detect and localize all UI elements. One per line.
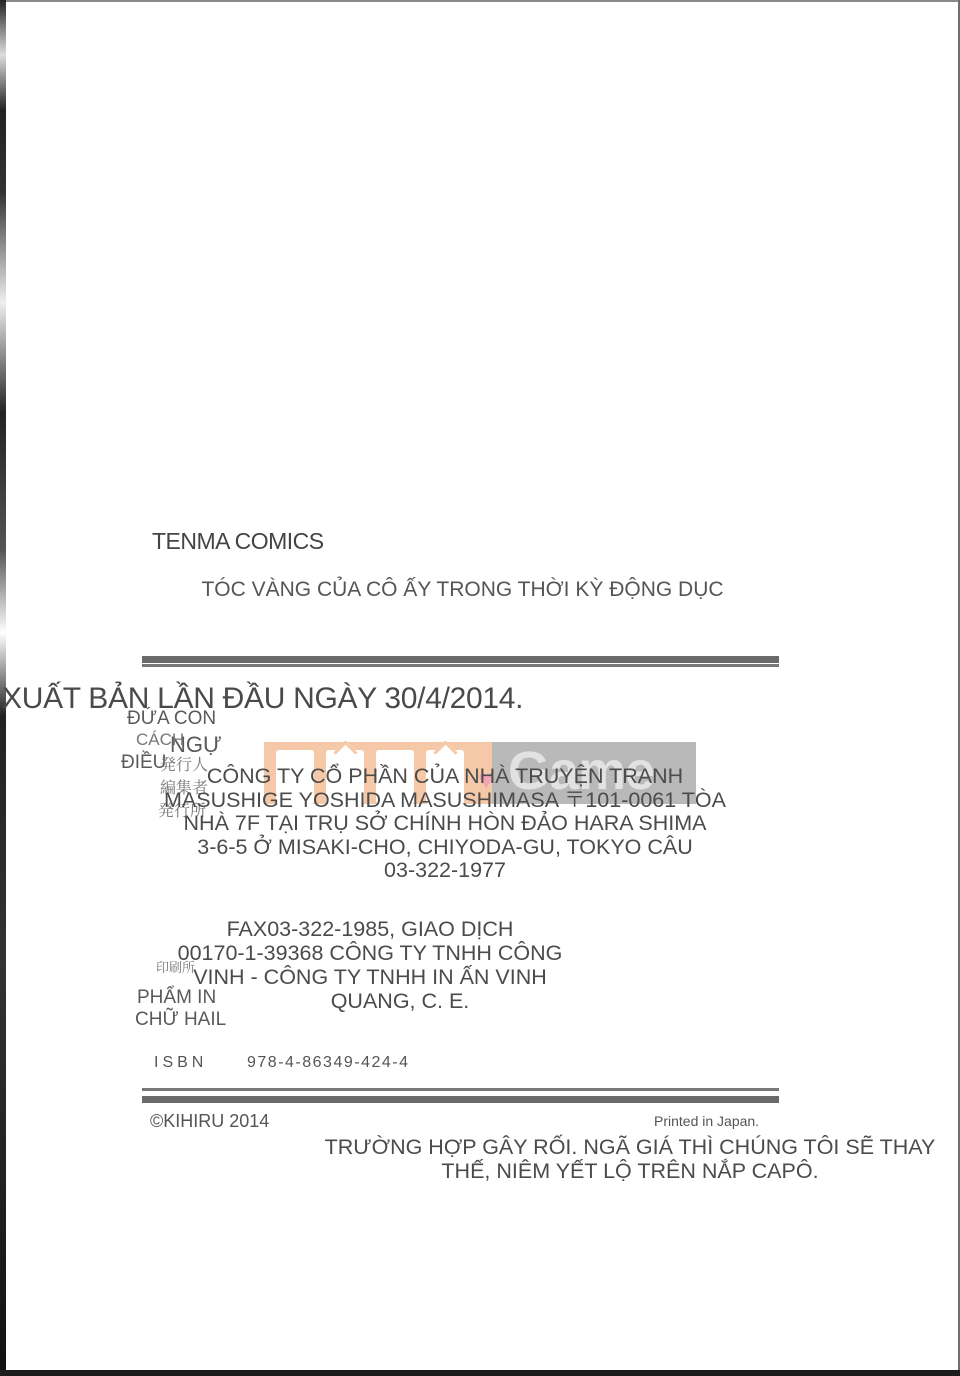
- fax-line: FAX03-322-1985, GIAO DỊCH: [130, 917, 610, 941]
- page-edge-bottom: [0, 1370, 960, 1376]
- copyright: ©KIHIRU 2014: [150, 1112, 269, 1130]
- series-name: TENMA COMICS: [152, 530, 324, 553]
- label-title: CÁCH: [136, 731, 184, 748]
- address-line: 3-6-5 Ở MISAKI-CHO, CHIYODA-GU, TOKYO CÂ…: [120, 836, 770, 860]
- fax-line: QUANG, C. E.: [130, 989, 610, 1013]
- fax-and-printer: FAX03-322-1985, GIAO DỊCH 00170-1-39368 …: [130, 917, 610, 1013]
- publisher-address: CÔNG TY CỔ PHẦN CỦA NHÀ TRUYỆN TRANH MAS…: [120, 765, 770, 883]
- divider-bottom-thin: [142, 1088, 779, 1091]
- phone-number: 03-322-1977: [120, 859, 770, 883]
- fax-line: 00170-1-39368 CÔNG TY TNHH CÔNG: [130, 941, 610, 965]
- isbn-value: 978-4-86349-424-4: [247, 1055, 410, 1071]
- isbn-label: ISBN: [154, 1055, 207, 1071]
- address-line: NHÀ 7F TẠI TRỤ SỞ CHÍNH HÒN ĐẢO HARA SHI…: [120, 812, 770, 836]
- label-author: ĐỨA CON: [127, 709, 216, 728]
- address-line: CÔNG TY CỔ PHẦN CỦA NHÀ TRUYỆN TRANH: [120, 765, 770, 789]
- first-edition-date: XUẤT BẢN LẦN ĐẦU NGÀY 30/4/2014.: [2, 684, 523, 714]
- address-line: MASUSHIGE YOSHIDA MASUSHIMASA 〒101-0061 …: [120, 789, 770, 813]
- fax-line: VINH - CÔNG TY TNHH IN ẤN VINH: [130, 965, 610, 989]
- replacement-notice: TRƯỜNG HỢP GÂY RỐI. NGÃ GIÁ THÌ CHÚNG TÔ…: [300, 1135, 960, 1183]
- divider-bottom-thick: [142, 1096, 779, 1103]
- page-edge-top: [0, 0, 960, 2]
- divider-top-thick: [142, 656, 779, 663]
- divider-top-thin: [142, 664, 779, 667]
- printed-in: Printed in Japan.: [654, 1114, 759, 1128]
- book-title: TÓC VÀNG CỦA CÔ ẤY TRONG THỜI KỲ ĐỘNG DỤ…: [180, 578, 745, 602]
